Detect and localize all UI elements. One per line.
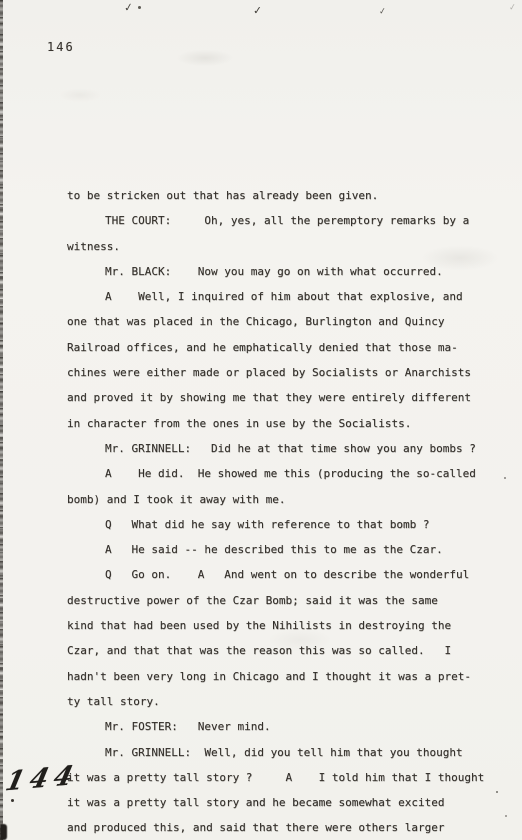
check-mark-icon: ✓ bbox=[123, 1, 134, 13]
transcript-line: Mr. GRINNELL: Well, did you tell him tha… bbox=[67, 740, 497, 765]
transcript-line: Mr. BLACK: Now you may go on with what o… bbox=[67, 259, 497, 284]
paper-speck bbox=[138, 6, 141, 9]
typed-page-number: 146 bbox=[47, 40, 75, 54]
check-mark-icon: ✓ bbox=[378, 8, 387, 18]
transcript-line: kind that had been used by the Nihilists… bbox=[67, 613, 497, 638]
binding-edge-bottom-blob bbox=[0, 824, 7, 840]
transcript-line: bomb) and I took it away with me. bbox=[67, 487, 497, 512]
check-mark-icon: ✓ bbox=[508, 4, 517, 14]
transcript-line: it was a pretty tall story ? A I told hi… bbox=[67, 765, 497, 790]
transcript-line: chines were either made or placed by Soc… bbox=[67, 360, 497, 385]
transcript-line: Mr. FOSTER: Never mind. bbox=[67, 714, 497, 739]
transcript-line: it was a pretty tall story and he became… bbox=[67, 790, 497, 815]
paper-speck bbox=[504, 477, 506, 479]
transcript-line: Q Go on. A And went on to describe the w… bbox=[67, 562, 497, 587]
transcript-line: Czar, and that that was the reason this … bbox=[67, 638, 497, 663]
transcript-line: hadn't been very long in Chicago and I t… bbox=[67, 664, 497, 689]
paper-speck bbox=[496, 791, 498, 793]
transcript-line: and proved it by showing me that they we… bbox=[67, 385, 497, 410]
paper-speck bbox=[505, 815, 507, 817]
scanned-transcript-page: ✓ ✓ ✓ ✓ 146 to be stricken out that has … bbox=[0, 0, 522, 840]
transcript-body: to be stricken out that has already been… bbox=[67, 183, 497, 840]
transcript-line: A He said -- he described this to me as … bbox=[67, 537, 497, 562]
paper-speck bbox=[11, 799, 14, 802]
transcript-line: Q What did he say with reference to that… bbox=[67, 512, 497, 537]
check-mark-icon: ✓ bbox=[253, 5, 263, 17]
transcript-line: witness. bbox=[67, 234, 497, 259]
transcript-line: Mr. GRINNELL: Did he at that time show y… bbox=[67, 436, 497, 461]
transcript-line: in character from the ones in use by the… bbox=[67, 411, 497, 436]
binding-edge bbox=[0, 0, 3, 840]
transcript-line: Railroad offices, and he emphatically de… bbox=[67, 335, 497, 360]
transcript-line: A Well, I inquired of him about that exp… bbox=[67, 284, 497, 309]
transcript-line: destructive power of the Czar Bomb; said… bbox=[67, 588, 497, 613]
transcript-line: and produced this, and said that there w… bbox=[67, 815, 497, 840]
transcript-line: one that was placed in the Chicago, Burl… bbox=[67, 309, 497, 334]
transcript-line: ty tall story. bbox=[67, 689, 497, 714]
transcript-line: THE COURT: Oh, yes, all the peremptory r… bbox=[67, 208, 497, 233]
transcript-line: A He did. He showed me this (producing t… bbox=[67, 461, 497, 486]
transcript-line: to be stricken out that has already been… bbox=[67, 183, 497, 208]
